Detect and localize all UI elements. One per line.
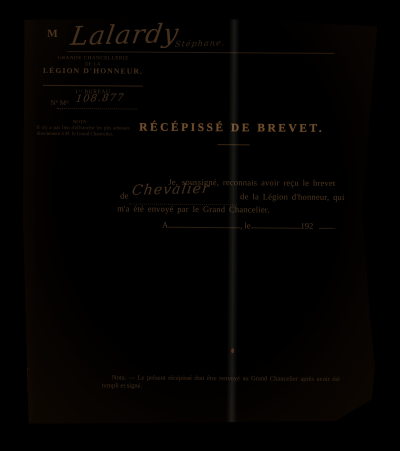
body-line-3: m'a été envoyé par le Grand Chancelier. (117, 203, 270, 214)
number-ruled-line (57, 108, 137, 110)
printer-imprint-vertical: 6-943-1913. [1913] (25, 332, 38, 407)
number-label: Nº Mˡᵉ (51, 99, 69, 107)
number-value-handwritten: 108.877 (75, 93, 125, 105)
title-underline-rule (218, 144, 250, 145)
place-blank-line (168, 219, 240, 229)
document-title: RÉCÉPISSÉ DE BREVET. (107, 121, 357, 135)
paper-blemish (231, 348, 234, 353)
rank-handwritten: Chevalier (131, 181, 211, 199)
date-blank-line (250, 219, 300, 228)
date-label: , le (240, 220, 250, 230)
footer-nota-text: Nota. — Le présent récépissé doit être r… (102, 374, 340, 392)
aged-paper-sheet: M Lalardy Stéphane. GRANDE CHANCELLERIE … (22, 17, 378, 426)
addressee-annotation-handwritten: Stéphane. (174, 38, 226, 48)
org-legion-honneur: LÉGION D'HONNEUR. (33, 67, 153, 75)
end-mark: . (333, 221, 335, 231)
place-date-line: A , le 192 . (162, 219, 335, 231)
letterhead-divider-rule (43, 85, 143, 87)
addressee-label: M (47, 28, 58, 40)
body-line-2-prefix: de (120, 190, 129, 200)
year-blank-line (319, 220, 333, 229)
year-prefix: 192 (300, 221, 313, 231)
body-line-2-suffix: de la Légion d'honneur, qui (240, 191, 344, 202)
addressee-name-handwritten: Lalardy (69, 19, 181, 52)
photo-of-document: M Lalardy Stéphane. GRANDE CHANCELLERIE … (0, 0, 400, 451)
